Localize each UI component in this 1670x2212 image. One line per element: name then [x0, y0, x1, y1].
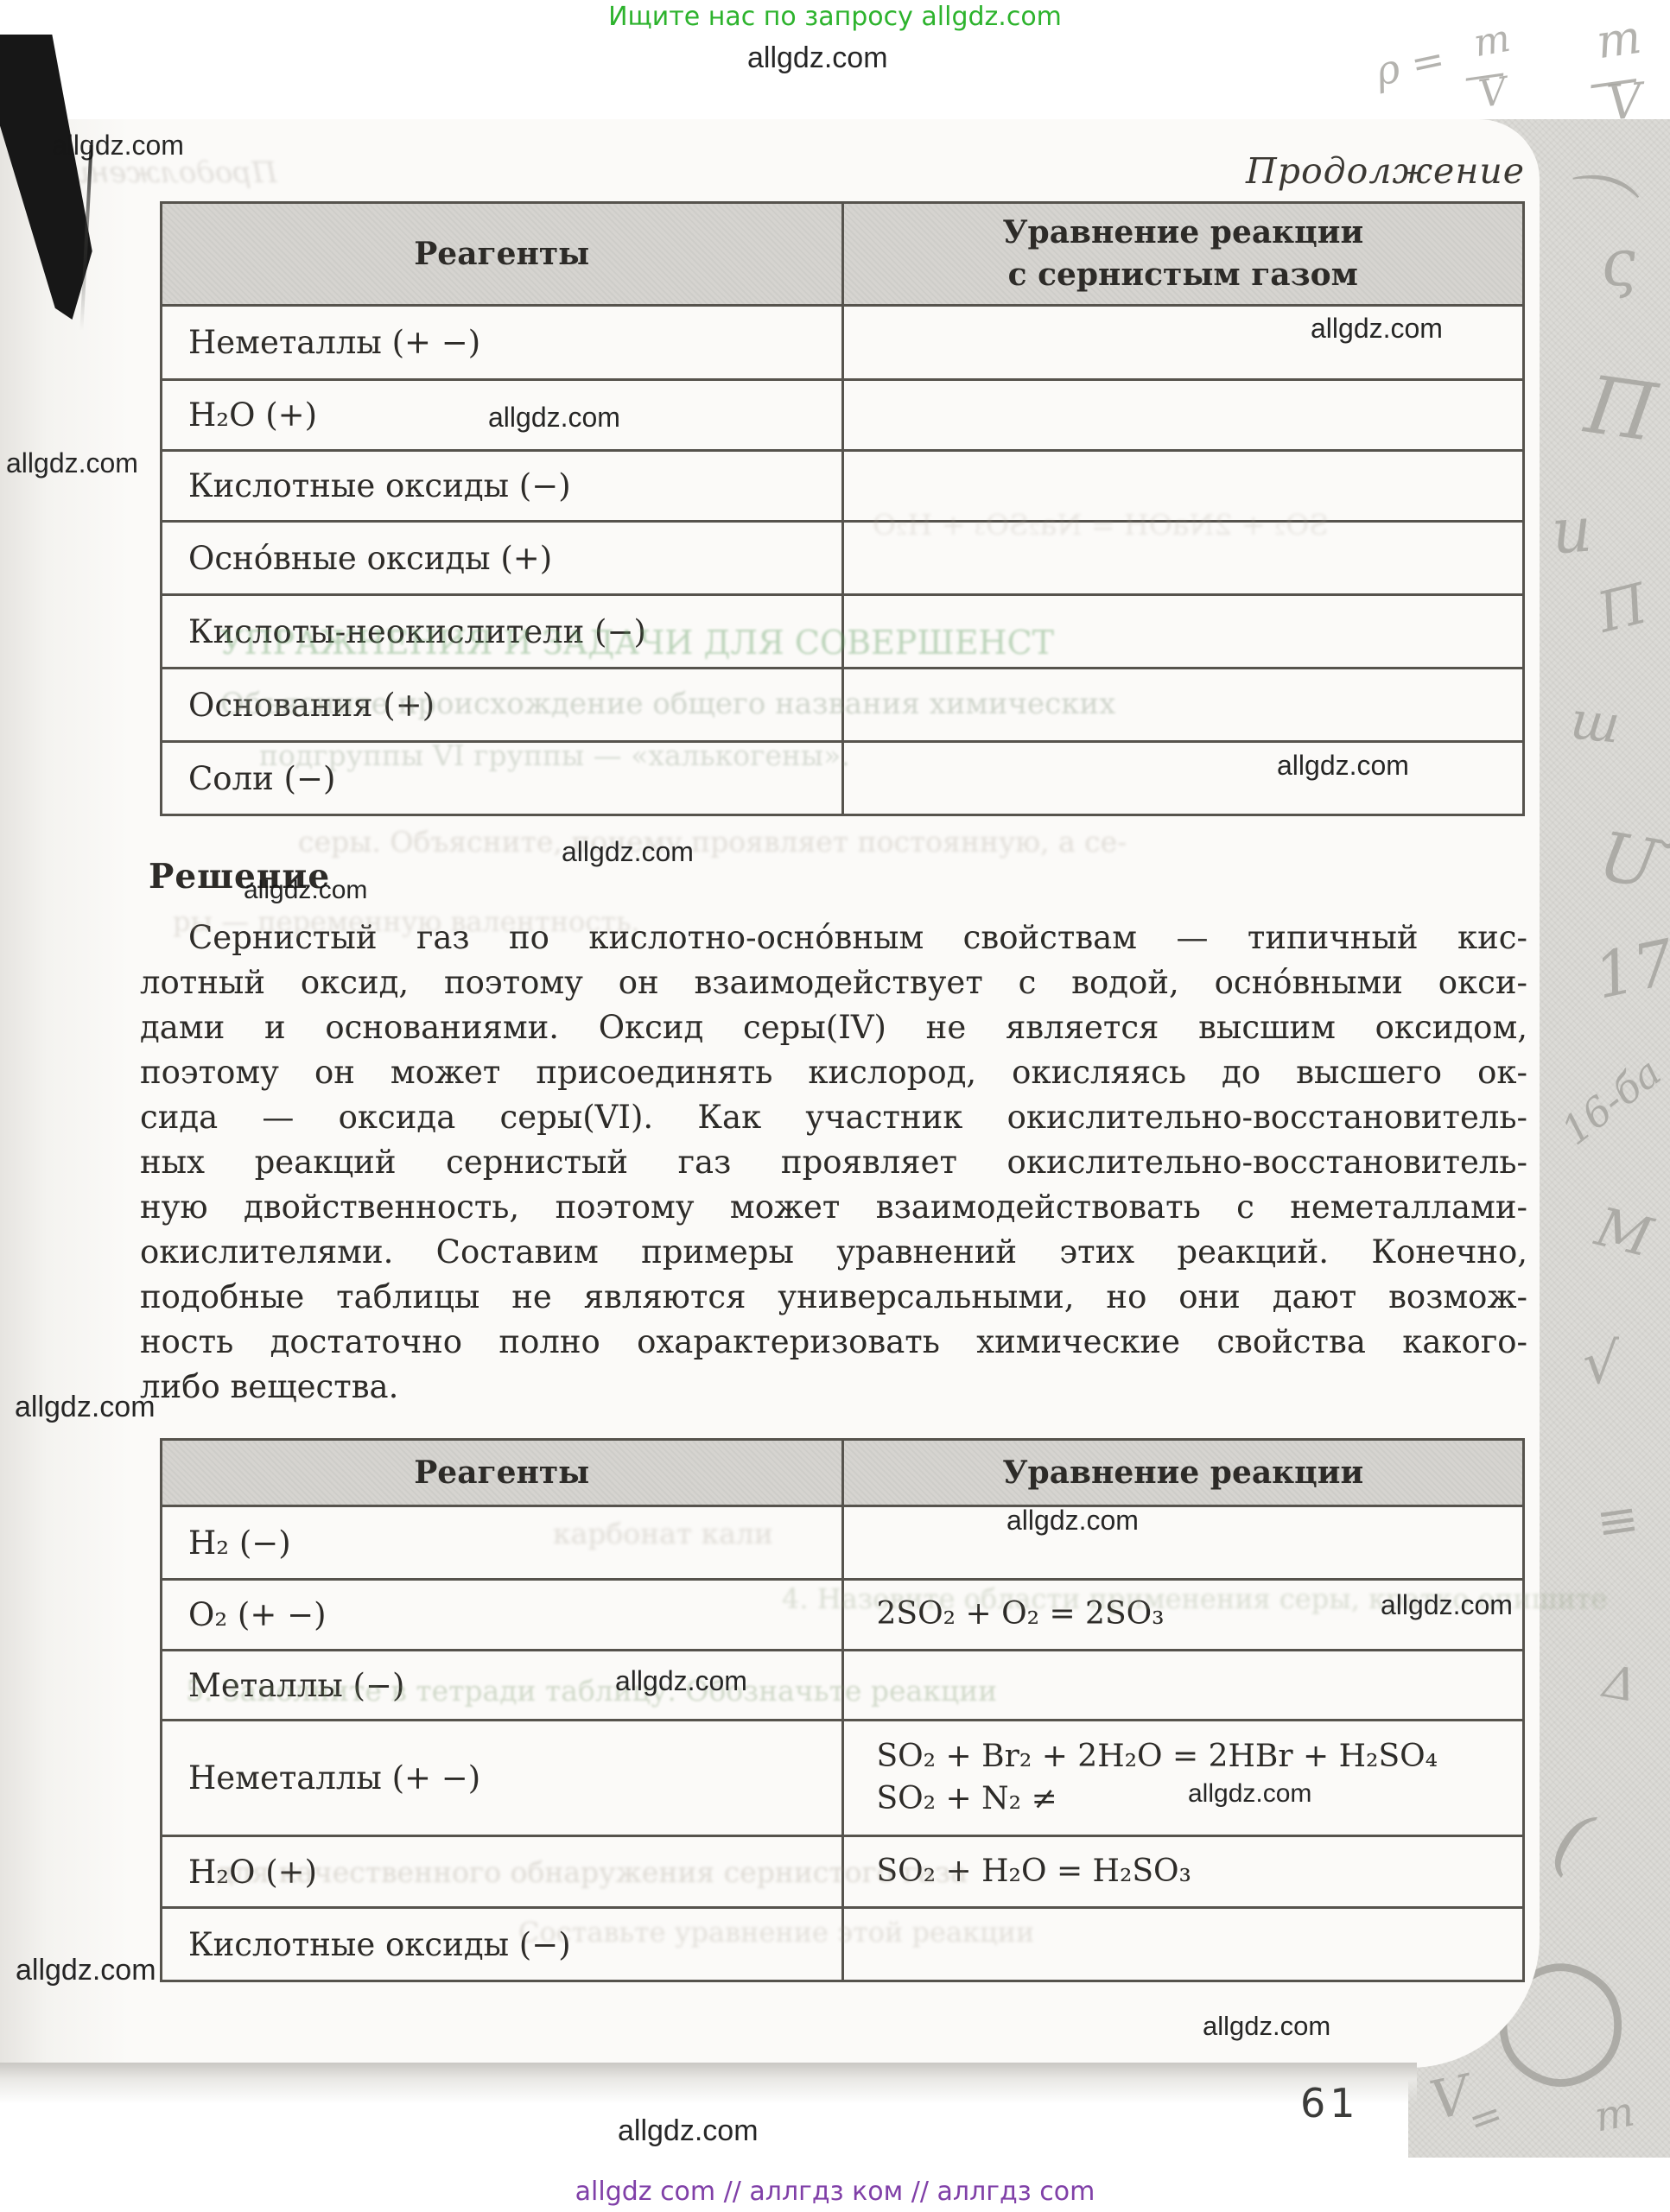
equation-cell — [842, 1651, 1524, 1721]
cover-doodle-glyph: V — [1476, 69, 1510, 117]
reagent-cell: O₂ (+ −) — [162, 1580, 843, 1651]
table-row: H₂O (+) — [162, 380, 1524, 451]
paragraph-line: ную двойственность, поэтому может взаимо… — [140, 1185, 1527, 1230]
equation-cell — [842, 522, 1524, 595]
paragraph-line: ность достаточно полно охарактеризовать … — [140, 1320, 1527, 1365]
equation-cell — [842, 595, 1524, 669]
table-row: H₂ (−) — [162, 1506, 1524, 1580]
equation-cell — [842, 1506, 1524, 1580]
reagents-column-header: Реагенты — [162, 1440, 843, 1506]
reagents-equations-table: РеагентыУравнение реакцииH₂ (−)O₂ (+ −)2… — [160, 1438, 1525, 1982]
table-row: Осно́вные оксиды (+) — [162, 522, 1524, 595]
reagent-cell: H₂ (−) — [162, 1506, 843, 1580]
reagent-cell: Неметаллы (+ −) — [162, 1721, 843, 1836]
continuation-label: Продолжение — [0, 150, 1525, 192]
reagent-cell: Основания (+) — [162, 669, 843, 742]
equation-cell — [842, 669, 1524, 742]
equation-cell: SO₂ + Br₂ + 2H₂O = 2HBr + H₂SO₄SO₂ + N₂ … — [842, 1721, 1524, 1836]
equation-cell — [842, 742, 1524, 815]
table-row: Соли (−) — [162, 742, 1524, 815]
solution-heading: Решение — [149, 857, 330, 897]
equation-column-header: Уравнение реакции — [842, 1440, 1524, 1506]
table-row: Неметаллы (+ −)SO₂ + Br₂ + 2H₂O = 2HBr +… — [162, 1721, 1524, 1836]
solution-paragraph: Сернистый газ по кислотно-осно́вным свой… — [140, 916, 1527, 1410]
promo-banner-text: Ищите нас по запросу allgdz.com — [0, 2, 1670, 32]
page-number: 61 — [1300, 2080, 1360, 2126]
equation-cell: 2SO₂ + O₂ = 2SO₃ — [842, 1580, 1524, 1651]
cover-doodle-glyph: — — [1584, 47, 1642, 111]
equation-cell — [842, 451, 1524, 522]
table-row: O₂ (+ −)2SO₂ + O₂ = 2SO₃ — [162, 1580, 1524, 1651]
paragraph-line: дами и основаниями. Оксид серы(IV) не яв… — [140, 1005, 1527, 1050]
equation-cell — [842, 1908, 1524, 1981]
reagent-cell: Осно́вные оксиды (+) — [162, 522, 843, 595]
equation-cell — [842, 306, 1524, 380]
equation-cell — [842, 380, 1524, 451]
table-row: Металлы (−) — [162, 1651, 1524, 1721]
equation-cell: SO₂ + H₂O = H₂SO₃ — [842, 1836, 1524, 1908]
paragraph-line: лотный оксид, поэтому он взаимодействует… — [140, 960, 1527, 1005]
paragraph-line: окислителями. Составим примеры уравнений… — [140, 1230, 1527, 1275]
paragraph-line: Сернистый газ по кислотно-осно́вным свой… — [140, 916, 1527, 960]
paragraph-line: либо вещества. — [140, 1365, 1527, 1410]
allgdz-watermark: allgdz.com — [747, 41, 888, 75]
reagent-cell: H₂O (+) — [162, 1836, 843, 1908]
footer-promo-text: allgdz com // аллгдз ком // аллгдз com — [0, 2177, 1670, 2207]
cover-doodle-glyph: ρ = — [1371, 35, 1449, 94]
scanned-book-page: ρ =m—Vm—V⌒ςПuПшƯ1716-баМ√≡Δ(◯V=m Ищите н… — [0, 0, 1670, 2212]
paragraph-line: поэтому он может присоединять кислород, … — [140, 1050, 1527, 1095]
table-row: Кислотные оксиды (−) — [162, 451, 1524, 522]
reagents-column-header: Реагенты — [162, 203, 843, 306]
reagent-cell: Кислотные оксиды (−) — [162, 451, 843, 522]
reagent-cell: Кислотные оксиды (−) — [162, 1908, 843, 1981]
reagents-so2-table: РеагентыУравнение реакциис сернистым газ… — [160, 201, 1525, 816]
table-row: Кислотные оксиды (−) — [162, 1908, 1524, 1981]
reagent-cell: Неметаллы (+ −) — [162, 306, 843, 380]
reagent-cell: Металлы (−) — [162, 1651, 843, 1721]
reagent-cell: H₂O (+) — [162, 380, 843, 451]
table-row: Основания (+) — [162, 669, 1524, 742]
page-edge-shadow — [0, 2063, 1417, 2104]
paragraph-line: подобные таблицы не являются универсальн… — [140, 1275, 1527, 1320]
paragraph-line: сида — оксида серы(VI). Как участник оки… — [140, 1095, 1527, 1140]
reagent-cell: Кислоты-неокислители (−) — [162, 595, 843, 669]
table-row: Кислоты-неокислители (−) — [162, 595, 1524, 669]
table-row: Неметаллы (+ −) — [162, 306, 1524, 380]
reagent-cell: Соли (−) — [162, 742, 843, 815]
allgdz-watermark: allgdz.com — [618, 2114, 759, 2148]
table-row: H₂O (+)SO₂ + H₂O = H₂SO₃ — [162, 1836, 1524, 1908]
cover-doodle-glyph: — — [1460, 48, 1508, 101]
equation-column-header: Уравнение реакциис сернистым газом — [842, 203, 1524, 306]
paragraph-line: ных реакций сернистый газ проявляет окис… — [140, 1140, 1527, 1185]
